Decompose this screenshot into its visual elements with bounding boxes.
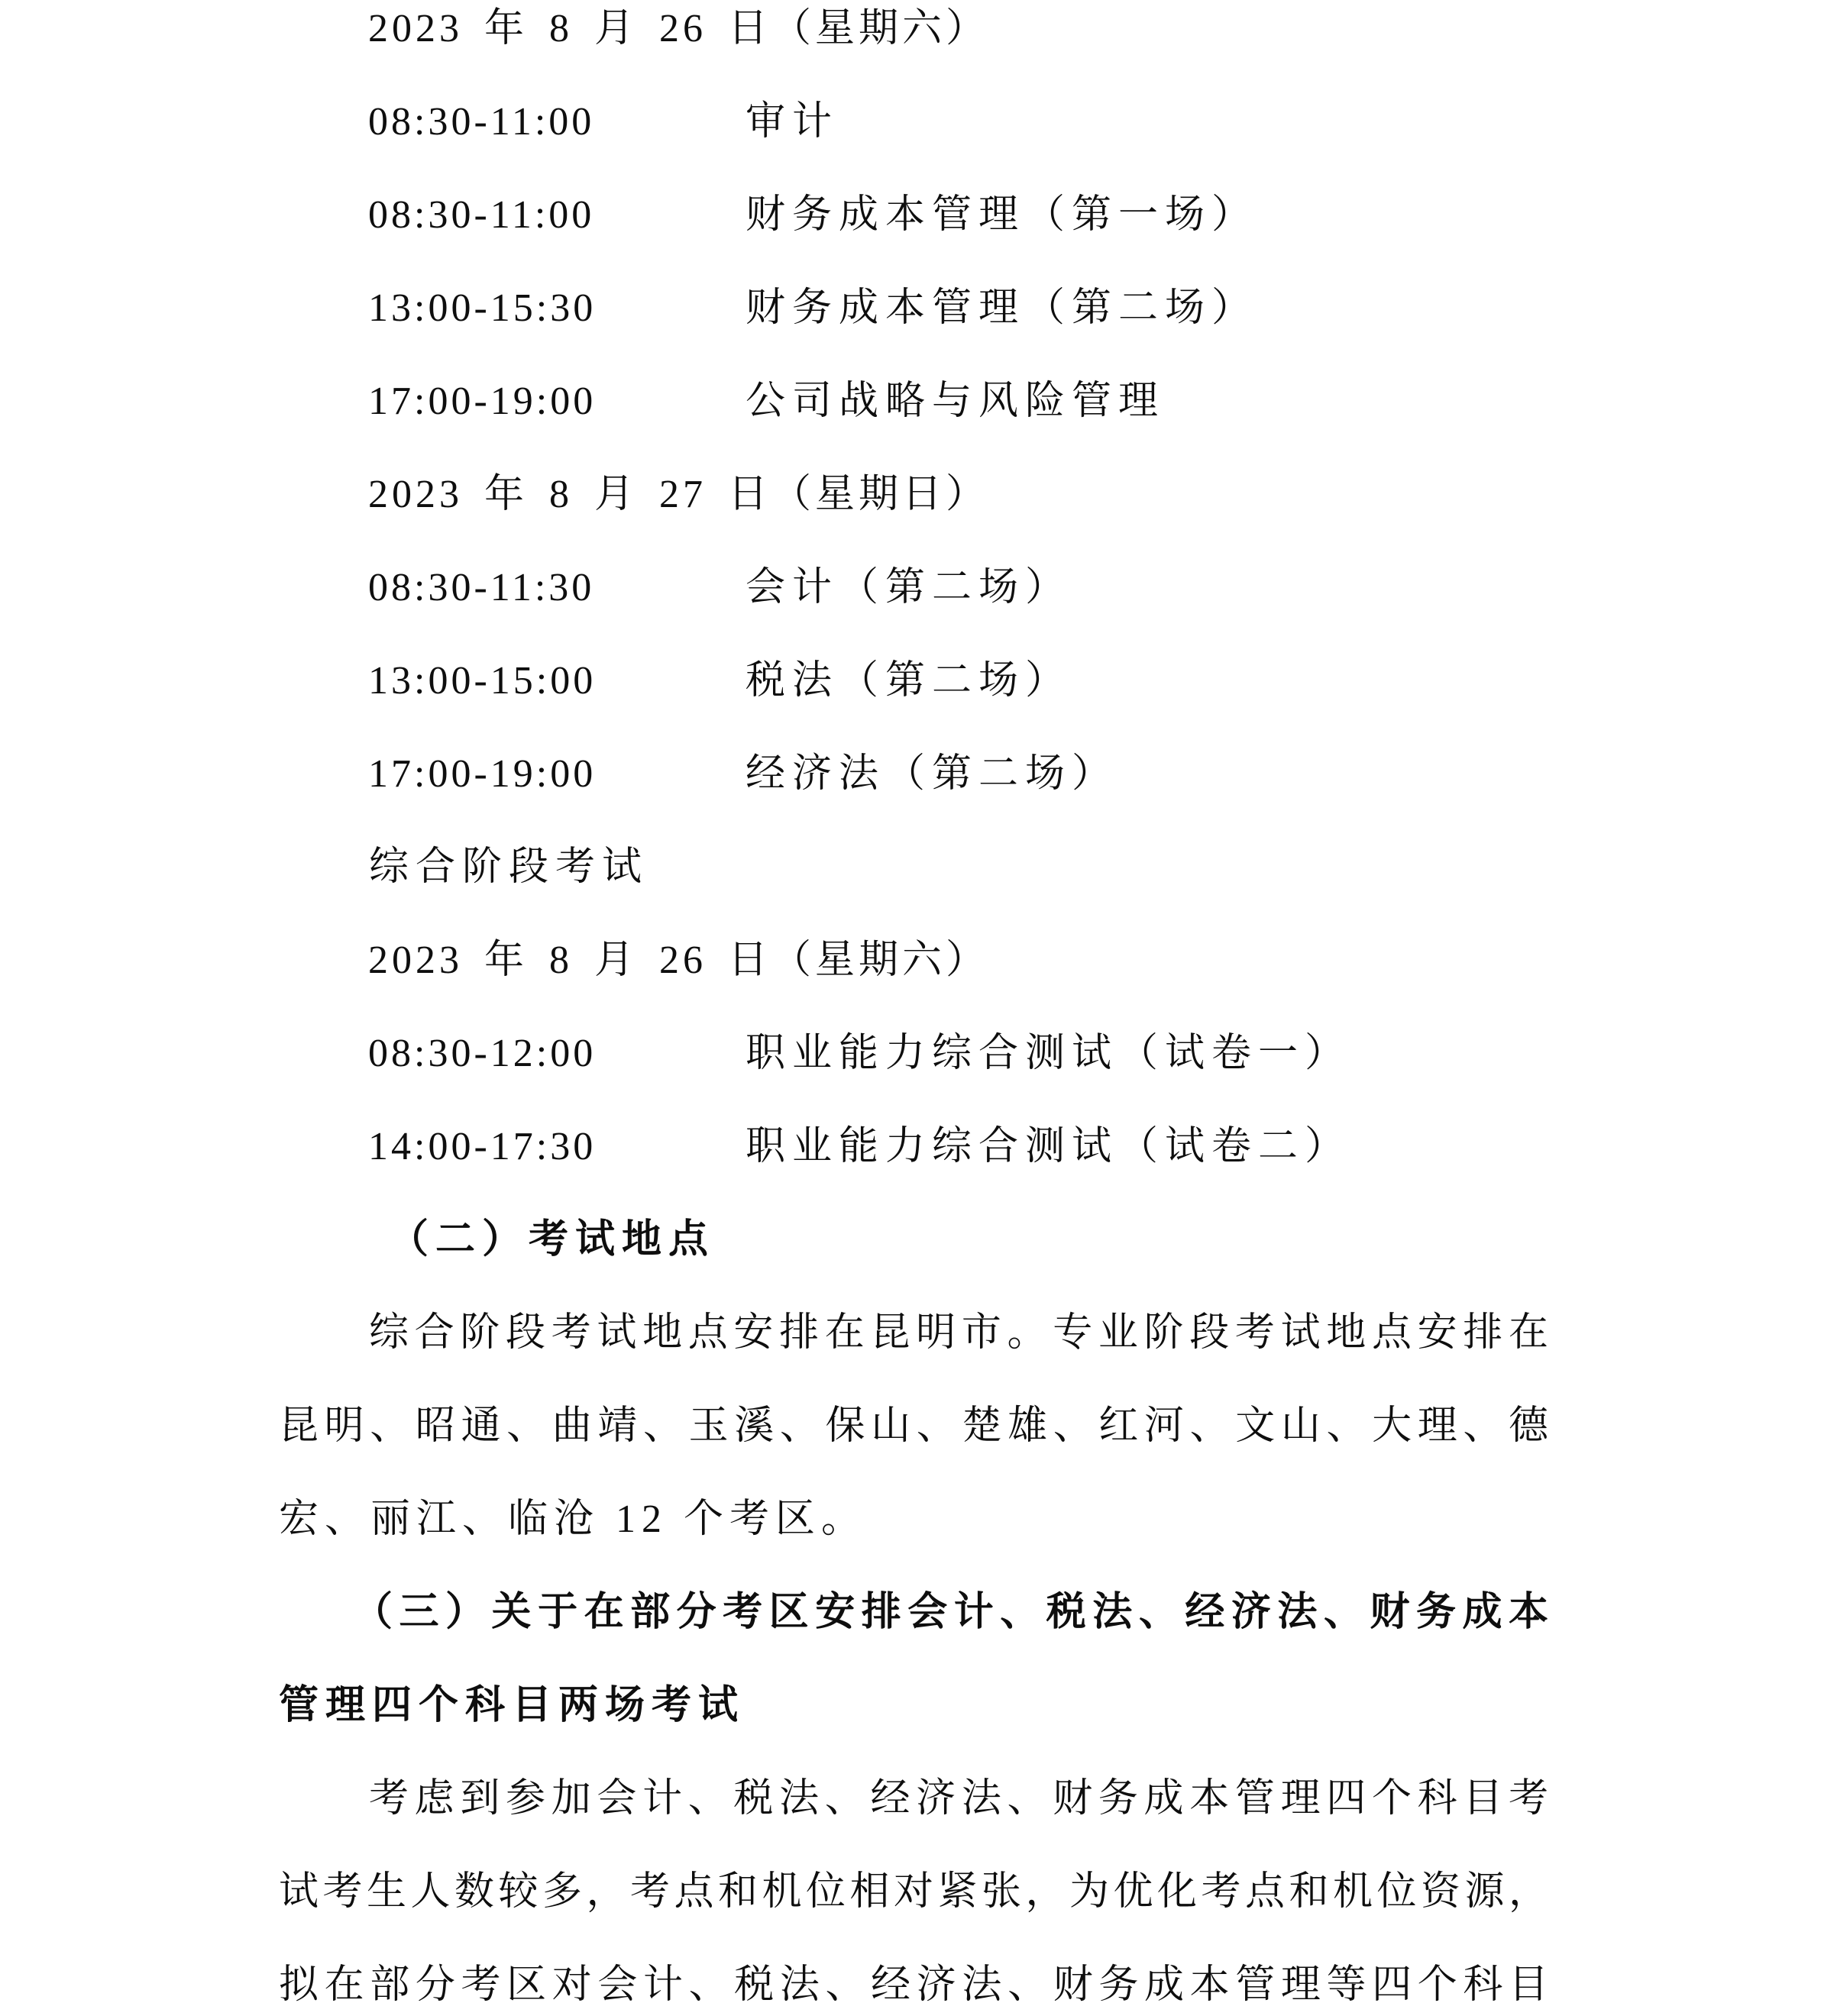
session-time: 13:00-15:00	[368, 658, 746, 704]
paragraph-line: 试考生人数较多，考点和机位相对紧张，为优化考点和机位资源，	[279, 1869, 1552, 1915]
exam-session-row: 13:00-15:00税法（第二场）	[368, 658, 1072, 704]
session-subject: 经济法（第二场）	[746, 752, 1118, 796]
session-time: 08:30-12:00	[368, 1031, 746, 1077]
date-line: 2023 年 8 月 27 日（星期日）	[368, 472, 989, 518]
section-heading: （二）考试地点	[389, 1217, 715, 1263]
session-time: 08:30-11:00	[368, 99, 746, 145]
exam-session-row: 08:30-11:00审计	[368, 99, 839, 145]
session-subject: 审计	[746, 100, 839, 144]
paragraph-line: 综合阶段考试地点安排在昆明市。专业阶段考试地点安排在	[369, 1310, 1552, 1356]
session-time: 08:30-11:00	[368, 192, 746, 238]
session-subject: 职业能力综合测试（试卷二）	[746, 1125, 1351, 1168]
exam-session-row: 17:00-19:00公司战略与风险管理	[368, 379, 1165, 425]
exam-session-row: 14:00-17:30职业能力综合测试（试卷二）	[368, 1124, 1351, 1170]
session-time: 17:00-19:00	[368, 751, 746, 797]
section-heading: 管理四个科目两场考试	[279, 1683, 745, 1729]
exam-session-row: 17:00-19:00经济法（第二场）	[368, 751, 1118, 797]
session-subject: 会计（第二场）	[746, 566, 1072, 609]
session-subject: 职业能力综合测试（试卷一）	[746, 1032, 1351, 1075]
paragraph-line: 昆明、昭通、曲靖、玉溪、保山、楚雄、红河、文山、大理、德	[279, 1404, 1552, 1449]
section-label: 综合阶段考试	[369, 845, 649, 890]
session-subject: 财务成本管理（第二场）	[746, 286, 1258, 330]
exam-session-row: 13:00-15:30财务成本管理（第二场）	[368, 286, 1258, 331]
exam-session-row: 08:30-11:30会计（第二场）	[368, 565, 1072, 611]
session-time: 14:00-17:30	[368, 1124, 746, 1170]
paragraph-line: 宏、丽江、临沧 12 个考区。	[279, 1497, 867, 1543]
exam-session-row: 08:30-11:00财务成本管理（第一场）	[368, 192, 1258, 238]
paragraph-line: 考虑到参加会计、税法、经济法、财务成本管理四个科目考	[369, 1776, 1552, 1822]
session-time: 17:00-19:00	[368, 379, 746, 425]
session-time: 13:00-15:30	[368, 286, 746, 331]
date-line: 2023 年 8 月 26 日（星期六）	[368, 938, 989, 984]
paragraph-line: 拟在部分考区对会计、税法、经济法、财务成本管理等四个科目	[279, 1963, 1552, 2008]
exam-session-row: 08:30-12:00职业能力综合测试（试卷一）	[368, 1031, 1351, 1077]
session-subject: 税法（第二场）	[746, 659, 1072, 703]
session-subject: 财务成本管理（第一场）	[746, 193, 1258, 237]
session-time: 08:30-11:30	[368, 565, 746, 611]
section-heading: （三）关于在部分考区安排会计、税法、经济法、财务成本	[353, 1590, 1552, 1636]
document-page: 2023 年 8 月 26 日（星期六）08:30-11:00审计08:30-1…	[0, 0, 1821, 2016]
session-subject: 公司战略与风险管理	[746, 380, 1165, 423]
date-line: 2023 年 8 月 26 日（星期六）	[368, 6, 989, 52]
